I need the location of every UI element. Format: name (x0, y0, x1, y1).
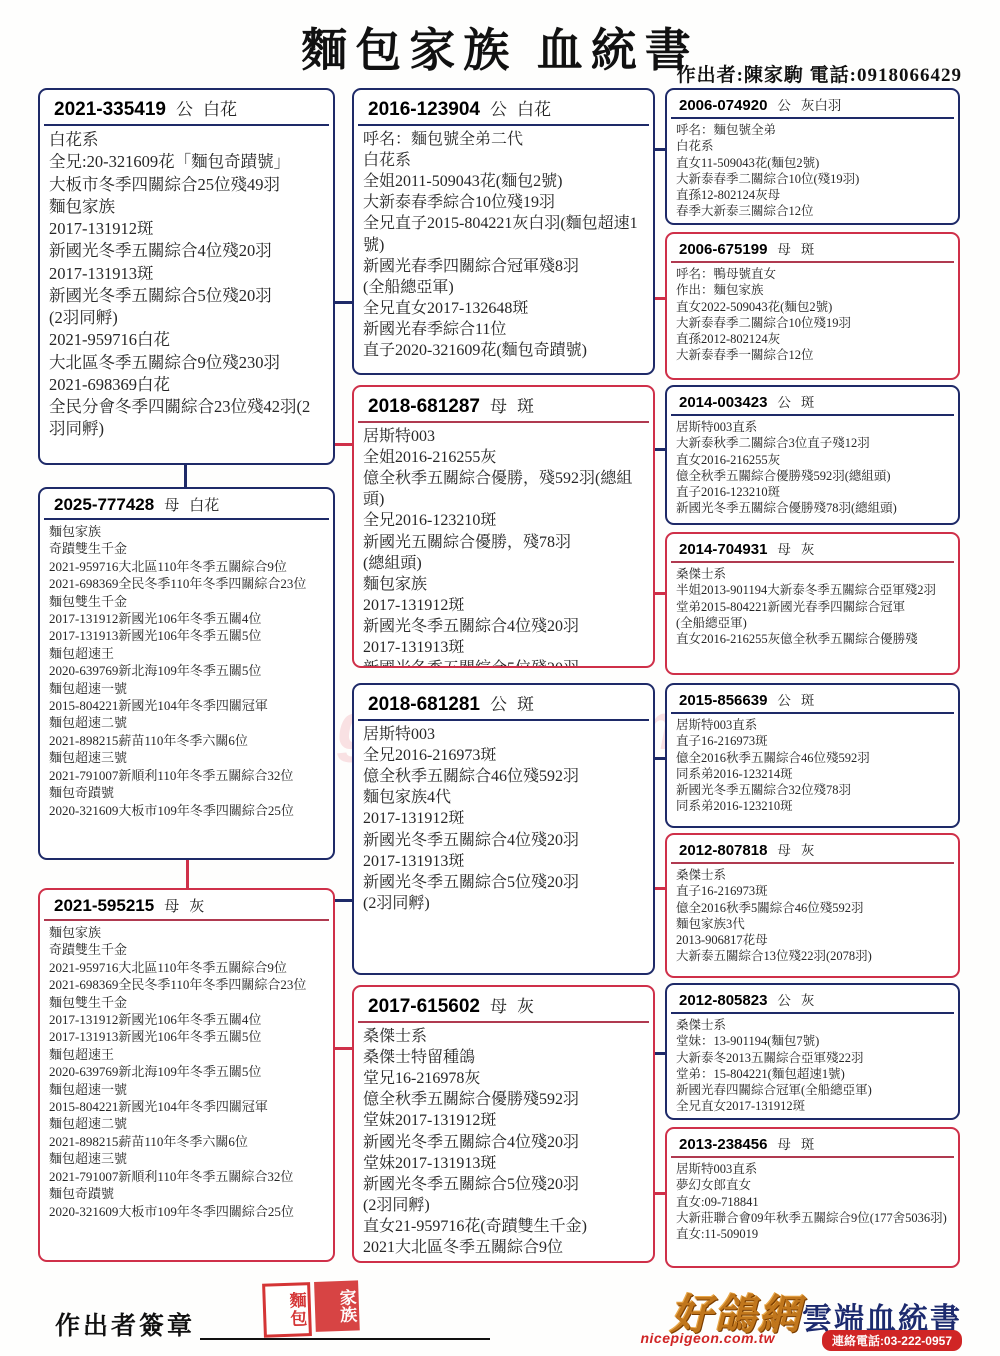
pedigree-lines: 居斯特003直系夢幻女郎直女直女:09-718841大新莊聯合會09年秋季五關綜… (667, 1158, 958, 1246)
pedigree-line: 直女2016-216255灰億全秋季五關綜合優勝殘 (676, 631, 949, 647)
pedigree-lines: 呼名：麵包號全弟二代白花系全姐2011-509043花(麵包2號)大新泰春季綜合… (354, 126, 653, 365)
pedigree-line: 新國光冬季五關綜合5位殘20羽 (363, 872, 644, 893)
sex-label: 公 (176, 100, 193, 119)
pedigree-box-grandsire-2: 2018-681281公斑 居斯特003全兄2016-216973斑億全秋季五關… (352, 683, 655, 975)
pedigree-line: 全民分會冬季四關綜合23位殘42羽(2羽同孵) (49, 396, 324, 441)
pedigree-line: 2015-804221新國光104年冬季四關冠軍 (49, 697, 324, 714)
pedigree-line: 呼名：鴨母號直女 (676, 266, 949, 282)
sex-label: 公 (490, 100, 507, 119)
pedigree-lines: 白花系全兄:20-321609花「麵包奇蹟號」大板市冬季四關綜合25位殘49羽麵… (40, 126, 333, 445)
pedigree-line: 麵包家族 (49, 196, 324, 218)
pedigree-line: 作出：麵包家族 (676, 282, 949, 298)
pedigree-line: 新國光春四關綜合冠軍(全船總亞軍) (676, 1082, 949, 1098)
pedigree-lines: 麵包家族奇蹟雙生千金2021-959716大北區110年冬季五關綜合9位2021… (40, 921, 333, 1224)
pedigree-lines: 麵包家族奇蹟雙生千金2021-959716大北區110年冬季五關綜合9位2021… (40, 520, 333, 823)
pedigree-box-ggparent-3: 2014-003423公斑 居斯特003直系大新泰秋季二關綜合3位直子殘12羽直… (665, 385, 960, 525)
pedigree-line: 億全2016秋季五關綜合46位殘592羽 (676, 750, 949, 766)
sex-label: 公 (777, 993, 791, 1008)
pedigree-box-ggparent-4: 2014-704931母灰 桑傑士系半姐2013-901194大新泰冬季五關綜合… (665, 532, 960, 675)
connector-line (655, 448, 665, 451)
pedigree-line: 奇蹟雙生千金 (49, 941, 324, 958)
pedigree-line: 奇蹟雙生千金 (49, 540, 324, 557)
pedigree-line: 麵包超速二號 (49, 1115, 324, 1132)
pedigree-box-ggparent-8: 2013-238456母斑 居斯特003直系夢幻女郎直女直女:09-718841… (665, 1127, 960, 1268)
pedigree-line: 2015-804221新國光104年冬季四關冠軍 (49, 1098, 324, 1115)
author-line: 作出者:陳家駒 電話:0918066429 (677, 60, 962, 87)
pedigree-line: 直子2020-321609花(麵包奇蹟號) (363, 340, 644, 361)
pedigree-line: 直子16-216973斑 (676, 883, 949, 899)
pedigree-lines: 居斯特003全姐2016-216255灰億全秋季五關綜合優勝，殘592羽(總組頭… (354, 423, 653, 668)
pedigree-line: 麵包超速三號 (49, 1150, 324, 1167)
pedigree-line: 直女2022-509043花(麵包2號) (676, 299, 949, 315)
connector-line (655, 148, 665, 151)
pedigree-line: 新國光春季綜合11位 (363, 319, 644, 340)
pedigree-line: 2017-131912新國光106年冬季五關4位 (49, 610, 324, 627)
pedigree-box-dam1: 2025-777428母白花 麵包家族奇蹟雙生千金2021-959716大北區1… (38, 487, 335, 860)
pedigree-line: (總組頭) (363, 553, 644, 574)
pedigree-line: 同系弟2016-123210斑 (676, 798, 949, 814)
box-header: 2014-003423公斑 (671, 387, 954, 416)
pedigree-line: 麵包家族 (363, 574, 644, 595)
pedigree-line: 麵包家族4代 (363, 787, 644, 808)
pedigree-line: 2021-959716大北區110年冬季五關綜合9位 (49, 959, 324, 976)
pedigree-box-sire: 2021-335419公白花 白花系全兄:20-321609花「麵包奇蹟號」大板… (38, 88, 335, 465)
pedigree-line: 居斯特003 (363, 724, 644, 745)
pedigree-line: 夢幻女郎直女 (676, 1177, 949, 1193)
pedigree-line: 大板市冬季四關綜合25位殘49羽 (49, 174, 324, 196)
connector-line (184, 465, 187, 487)
ring-number: 2021-335419 (54, 99, 166, 120)
color-label: 斑 (801, 693, 815, 708)
pedigree-line: 2021-791007新順利110年冬季五關綜合32位 (49, 767, 324, 784)
box-header: 2018-681287母斑 (358, 387, 649, 423)
pedigree-line: 呼名：麵包號全弟 (676, 122, 949, 138)
box-header: 2021-335419公白花 (44, 90, 329, 126)
pedigree-line: 2021-698369全民冬季110年冬季四關綜合23位 (49, 976, 324, 993)
color-label: 斑 (517, 695, 534, 714)
sex-label: 公 (777, 98, 791, 113)
pedigree-line: 億全秋季五關綜合46位殘592羽 (363, 766, 644, 787)
pedigree-line: 大新泰秋季二關綜合3位直子殘12羽 (676, 435, 949, 451)
pedigree-line: 2020-639769新北海109年冬季五關5位 (49, 1063, 324, 1080)
color-label: 灰 (517, 997, 534, 1016)
pedigree-box-ggparent-1: 2006-074920公灰白羽 呼名：麵包號全弟白花系直女11-509043花(… (665, 88, 960, 225)
ring-number: 2021-595215 (54, 896, 154, 915)
pedigree-line: 居斯特003 (363, 426, 644, 447)
pedigree-line: 億全秋季五關綜合優勝殘592羽 (363, 1089, 644, 1110)
pedigree-line: (2羽同孵) (363, 893, 644, 914)
pedigree-box-ggparent-6: 2012-807818母灰 桑傑士系直子16-216973斑億全2016秋季5關… (665, 833, 960, 978)
pedigree-line: 新國光冬季五關綜合5位殘20羽 (363, 1174, 644, 1195)
box-header: 2021-595215母灰 (44, 890, 329, 921)
pedigree-line: 大新泰春季二關綜合10位殘19羽 (676, 315, 949, 331)
pedigree-line: 桑傑士系 (676, 867, 949, 883)
pedigree-line: 2013-906817花母 (676, 932, 949, 948)
pedigree-line: 新國光冬季五關綜合4位殘20羽 (363, 616, 644, 637)
pedigree-lines: 桑傑士系堂妹：13-901194(麵包7號)大新泰冬2013五關綜合亞軍殘22羽… (667, 1014, 958, 1119)
pedigree-line: 直孫12-802124灰母 (676, 187, 949, 203)
pedigree-line: 麵包超速二號 (49, 714, 324, 731)
pedigree-line: 麵包奇蹟號 (49, 1185, 324, 1202)
pedigree-line: 2021-898215薪苗110年冬季六關6位 (49, 732, 324, 749)
pedigree-line: 直女11-509043花(麵包2號) (676, 155, 949, 171)
pedigree-line: 2021-898215薪苗110年冬季六關6位 (49, 1133, 324, 1150)
signature-line (200, 1338, 490, 1340)
pedigree-lines: 桑傑士系半姐2013-901194大新泰冬季五關綜合亞軍殘2羽堂弟2015-80… (667, 563, 958, 651)
pedigree-lines: 桑傑士系桑傑士特留種鴿堂兄16-216978灰億全秋季五關綜合優勝殘592羽堂妹… (354, 1023, 653, 1262)
pedigree-lines: 桑傑士系直子16-216973斑億全2016秋季5關綜合46位殘592羽麵包家族… (667, 864, 958, 969)
ring-number: 2017-615602 (368, 996, 480, 1017)
box-header: 2016-123904公白花 (358, 90, 649, 126)
pedigree-box-granddam-1: 2018-681287母斑 居斯特003全姐2016-216255灰億全秋季五關… (352, 385, 655, 668)
pedigree-line: 2017-131912斑 (363, 595, 644, 616)
pedigree-line: 2021-959716大北區110年冬季五關綜合9位 (49, 558, 324, 575)
box-header: 2015-856639公斑 (671, 685, 954, 714)
pedigree-line: 2020-639769新北海109年冬季五關5位 (49, 662, 324, 679)
pedigree-line: 桑傑士特留種鴿 (363, 1047, 644, 1068)
pedigree-line: 直女:09-718841 (676, 1194, 949, 1210)
connector-line (655, 592, 665, 595)
connector-line (655, 757, 665, 760)
pedigree-line: 新國光冬季五關綜合32位殘78羽 (676, 782, 949, 798)
pedigree-line: 桑傑士系 (676, 1017, 949, 1033)
color-label: 斑 (801, 242, 815, 257)
pedigree-line: 麵包奇蹟號 (49, 784, 324, 801)
pedigree-lines: 居斯特003直系直子16-216973斑億全2016秋季五關綜合46位殘592羽… (667, 714, 958, 819)
ring-number: 2014-003423 (679, 394, 767, 411)
color-label: 斑 (801, 395, 815, 410)
connector-line (655, 1192, 665, 1195)
pedigree-line: 直女:11-509019 (676, 1226, 949, 1242)
pedigree-line: 新國光冬季五關綜合5位殘20羽 (49, 285, 324, 307)
pedigree-line: 白花系 (363, 150, 644, 171)
connector-line (335, 899, 352, 902)
pedigree-line: 桑傑士系 (363, 1026, 644, 1047)
sex-label: 公 (777, 395, 791, 410)
sex-label: 母 (164, 899, 179, 915)
pedigree-line: 新國光春季四關綜合冠軍殘8羽 (363, 256, 644, 277)
pedigree-line: 春季大新泰三關綜合12位 (676, 203, 949, 219)
color-label: 灰 (801, 993, 815, 1008)
pedigree-box-dam2: 2021-595215母灰 麵包家族奇蹟雙生千金2021-959716大北區11… (38, 888, 335, 1262)
pedigree-line: 新國光冬季五關綜合4位殘20羽 (363, 830, 644, 851)
pedigree-line: 2017-131912斑 (49, 218, 324, 240)
pedigree-line: 麵包超速一號 (49, 680, 324, 697)
pedigree-box-ggparent-5: 2015-856639公斑 居斯特003直系直子16-216973斑億全2016… (665, 683, 960, 828)
pedigree-line: 全兄直女2017-132648斑 (363, 298, 644, 319)
pedigree-line: 麵包家族 (49, 523, 324, 540)
seal-stamp: 麵包 (262, 1282, 312, 1338)
pedigree-line: 2017-131913新國光106年冬季五關5位 (49, 627, 324, 644)
pedigree-line: 直孫2012-802124灰 (676, 331, 949, 347)
pedigree-line: (2羽同孵) (49, 307, 324, 329)
pedigree-line: 直女2016-216255灰 (676, 452, 949, 468)
pedigree-box-ggparent-2: 2006-675199母斑 呼名：鴨母號直女作出：麵包家族直女2022-5090… (665, 232, 960, 380)
website-url: nicepigeon.com.tw (640, 1330, 775, 1346)
pedigree-line: 2021-698369全民冬季110年冬季四關綜合23位 (49, 575, 324, 592)
ring-number: 2015-856639 (679, 692, 767, 709)
pedigree-line: 麵包家族 (49, 924, 324, 941)
box-header: 2012-805823公灰 (671, 985, 954, 1014)
box-header: 2025-777428母白花 (44, 489, 329, 520)
pedigree-line: 大新泰春季二關綜合10位(殘19羽) (676, 171, 949, 187)
pedigree-line: 堂弟：15-804221(麵包超速1號) (676, 1066, 949, 1082)
pedigree-line: 白花系 (49, 129, 324, 151)
pedigree-lines: 居斯特003全兄2016-216973斑億全秋季五關綜合46位殘592羽麵包家族… (354, 721, 653, 918)
connector-line (335, 301, 352, 304)
pedigree-line: 大北區冬季五關綜合9位殘230羽 (49, 352, 324, 374)
pedigree-line: 2021-959716白花 (49, 329, 324, 351)
ring-number: 2014-704931 (679, 541, 767, 558)
pedigree-line: 2021大北區冬季五關綜合9位 (363, 1237, 644, 1258)
ring-number: 2025-777428 (54, 495, 154, 514)
color-label: 灰 (189, 899, 204, 915)
sex-label: 母 (777, 1137, 791, 1152)
sex-label: 母 (777, 242, 791, 257)
pedigree-line: 2021-698369白花 (49, 374, 324, 396)
box-header: 2017-615602母灰 (358, 987, 649, 1023)
pedigree-line: 直子2016-123210斑 (676, 484, 949, 500)
ring-number: 2013-238456 (679, 1136, 767, 1153)
ring-number: 2006-675199 (679, 241, 767, 258)
pedigree-line: 全兄直女2017-131912斑 (676, 1098, 949, 1114)
color-label: 斑 (801, 1137, 815, 1152)
pedigree-line: (全船總亞軍) (676, 615, 949, 631)
sex-label: 母 (164, 498, 179, 514)
connector-line (335, 1047, 352, 1050)
pedigree-line: 新國光五關綜合優勝，殘78羽 (363, 532, 644, 553)
pedigree-line: 2017-131912新國光106年冬季五關4位 (49, 1011, 324, 1028)
pedigree-line: 新國光冬季五關綜合優勝殘78羽(總組頭) (676, 500, 949, 516)
sex-label: 母 (490, 397, 507, 416)
pedigree-line: 堂兄16-216978灰 (363, 1068, 644, 1089)
pedigree-line: 麵包雙生千金 (49, 593, 324, 610)
color-label: 白花 (203, 100, 237, 119)
ring-number: 2006-074920 (679, 97, 767, 114)
seal-stamp: 家族 (314, 1280, 360, 1332)
box-header: 2013-238456母斑 (671, 1129, 954, 1158)
pedigree-line: 2017-131913斑 (49, 263, 324, 285)
pedigree-line: 堂妹：13-901194(麵包7號) (676, 1033, 949, 1049)
box-header: 2006-675199母斑 (671, 234, 954, 263)
color-label: 斑 (517, 397, 534, 416)
box-header: 2018-681281公斑 (358, 685, 649, 721)
color-label: 灰 (801, 542, 815, 557)
connector-line (655, 297, 665, 300)
pedigree-box-grandsire-1: 2016-123904公白花 呼名：麵包號全弟二代白花系全姐2011-50904… (352, 88, 655, 375)
signature-label: 作出者簽章 (55, 1306, 195, 1342)
pedigree-line: 麵包超速王 (49, 645, 324, 662)
ring-number: 2018-681287 (368, 396, 480, 417)
pedigree-line: 新國光冬季五關綜合4位殘20羽 (363, 1132, 644, 1153)
pedigree-line: 2017-131912斑 (363, 808, 644, 829)
pedigree-line: (全船總亞軍) (363, 277, 644, 298)
pedigree-line: 堂妹2017-131913斑 (363, 1153, 644, 1174)
pedigree-line: 新國光冬季五關綜合4位殘20羽 (49, 240, 324, 262)
pedigree-line: 直子16-216973斑 (676, 733, 949, 749)
box-header: 2006-074920公灰白羽 (671, 90, 954, 119)
pedigree-line: 全兄2016-123210斑 (363, 510, 644, 531)
pedigree-line: (2羽同孵) (363, 1195, 644, 1216)
pedigree-line: 億全秋季五關綜合優勝殘592羽(總組頭) (676, 468, 949, 484)
pedigree-line: 全兄2016-216973斑 (363, 745, 644, 766)
ring-number: 2018-681281 (368, 694, 480, 715)
sex-label: 母 (777, 843, 791, 858)
pedigree-line: 2017-131913斑 (363, 637, 644, 658)
pedigree-line: 麵包超速三號 (49, 749, 324, 766)
pedigree-document: 麵包家族 血統書 作出者:陳家駒 電話:0918066429 epigeon.c… (0, 0, 1000, 1356)
pedigree-line: 2017-131913新國光106年冬季五關5位 (49, 1028, 324, 1045)
pedigree-line: 麵包超速一號 (49, 1081, 324, 1098)
sex-label: 母 (490, 997, 507, 1016)
color-label: 灰白羽 (801, 98, 842, 113)
pedigree-line: 大新泰春季一關綜合12位 (676, 347, 949, 363)
pedigree-line: 呼名：麵包號全弟二代 (363, 129, 644, 150)
pedigree-box-ggparent-7: 2012-805823公灰 桑傑士系堂妹：13-901194(麵包7號)大新泰冬… (665, 983, 960, 1120)
box-header: 2012-807818母灰 (671, 835, 954, 864)
pedigree-line: 麵包超速王 (49, 1046, 324, 1063)
pedigree-line: 大新泰春季綜合10位殘19羽 (363, 192, 644, 213)
pedigree-line: 居斯特003直系 (676, 717, 949, 733)
maker-seal-stamps: 麵包家族 (262, 1280, 364, 1337)
pedigree-line: 億全秋季五關綜合優勝，殘592羽(總組頭) (363, 468, 644, 510)
pedigree-line: 2017-131913斑 (363, 851, 644, 872)
pedigree-line: 2020-321609大板市109年冬季四關綜合25位 (49, 1203, 324, 1220)
pedigree-line: 全姐2016-216255灰 (363, 447, 644, 468)
pedigree-lines: 呼名：鴨母號直女作出：麵包家族直女2022-509043花(麵包2號)大新泰春季… (667, 263, 958, 368)
pedigree-line: 桑傑士系 (676, 566, 949, 582)
pedigree-line: 麵包雙生千金 (49, 994, 324, 1011)
ring-number: 2012-807818 (679, 842, 767, 859)
ring-number: 2016-123904 (368, 99, 480, 120)
pedigree-line: 新國光冬季五關綜合5位殘20羽 (363, 658, 644, 668)
pedigree-line: 堂弟2015-804221新國光春季四關綜合冠軍 (676, 599, 949, 615)
pedigree-line: 全兄直子2015-804221灰白羽(麵包超速1號) (363, 213, 644, 255)
connector-line (655, 1052, 665, 1055)
pedigree-line: 堂妹2017-131912斑 (363, 1110, 644, 1131)
sex-label: 公 (777, 693, 791, 708)
pedigree-box-granddam-2: 2017-615602母灰 桑傑士系桑傑士特留種鴿堂兄16-216978灰億全秋… (352, 985, 655, 1263)
connector-line (655, 887, 665, 890)
pedigree-line: 居斯特003直系 (676, 1161, 949, 1177)
pedigree-line: 同系弟2016-123214斑 (676, 766, 949, 782)
sex-label: 母 (777, 542, 791, 557)
pedigree-line: 億全2016秋季5關綜合46位殘592羽 (676, 900, 949, 916)
color-label: 白花 (517, 100, 551, 119)
pedigree-line: 居斯特003直系 (676, 419, 949, 435)
sex-label: 公 (490, 695, 507, 714)
pedigree-lines: 居斯特003直系大新泰秋季二關綜合3位直子殘12羽直女2016-216255灰億… (667, 416, 958, 521)
pedigree-line: 全姐2011-509043花(麵包2號) (363, 171, 644, 192)
color-label: 灰 (801, 843, 815, 858)
pedigree-line: 大新泰五關綜合13位殘22羽(2078羽) (676, 948, 949, 964)
pedigree-line: 直女21-959716花(奇蹟雙生千金) (363, 1216, 644, 1237)
pedigree-lines: 呼名：麵包號全弟白花系直女11-509043花(麵包2號)大新泰春季二關綜合10… (667, 119, 958, 224)
pedigree-line: 半姐2013-901194大新泰冬季五關綜合亞軍殘2羽 (676, 582, 949, 598)
pedigree-line: 麵包家族3代 (676, 916, 949, 932)
pedigree-line: 全兄:20-321609花「麵包奇蹟號」 (49, 151, 324, 173)
ring-number: 2012-805823 (679, 992, 767, 1009)
pedigree-line: 2020-321609大板市109年冬季四關綜合25位 (49, 802, 324, 819)
color-label: 白花 (189, 498, 219, 514)
connector-line (186, 860, 189, 888)
pedigree-line: 2021-791007新順利110年冬季五關綜合32位 (49, 1168, 324, 1185)
phone-badge: 連絡電話:03-222-0957 (822, 1330, 962, 1351)
pedigree-line: 大新泰冬2013五關綜合亞軍殘22羽 (676, 1050, 949, 1066)
connector-line (335, 443, 352, 446)
box-header: 2014-704931母灰 (671, 534, 954, 563)
pedigree-line: 大新莊聯合會09年秋季五關綜合9位(177舍5036羽) (676, 1210, 949, 1226)
pedigree-line: 白花系 (676, 138, 949, 154)
